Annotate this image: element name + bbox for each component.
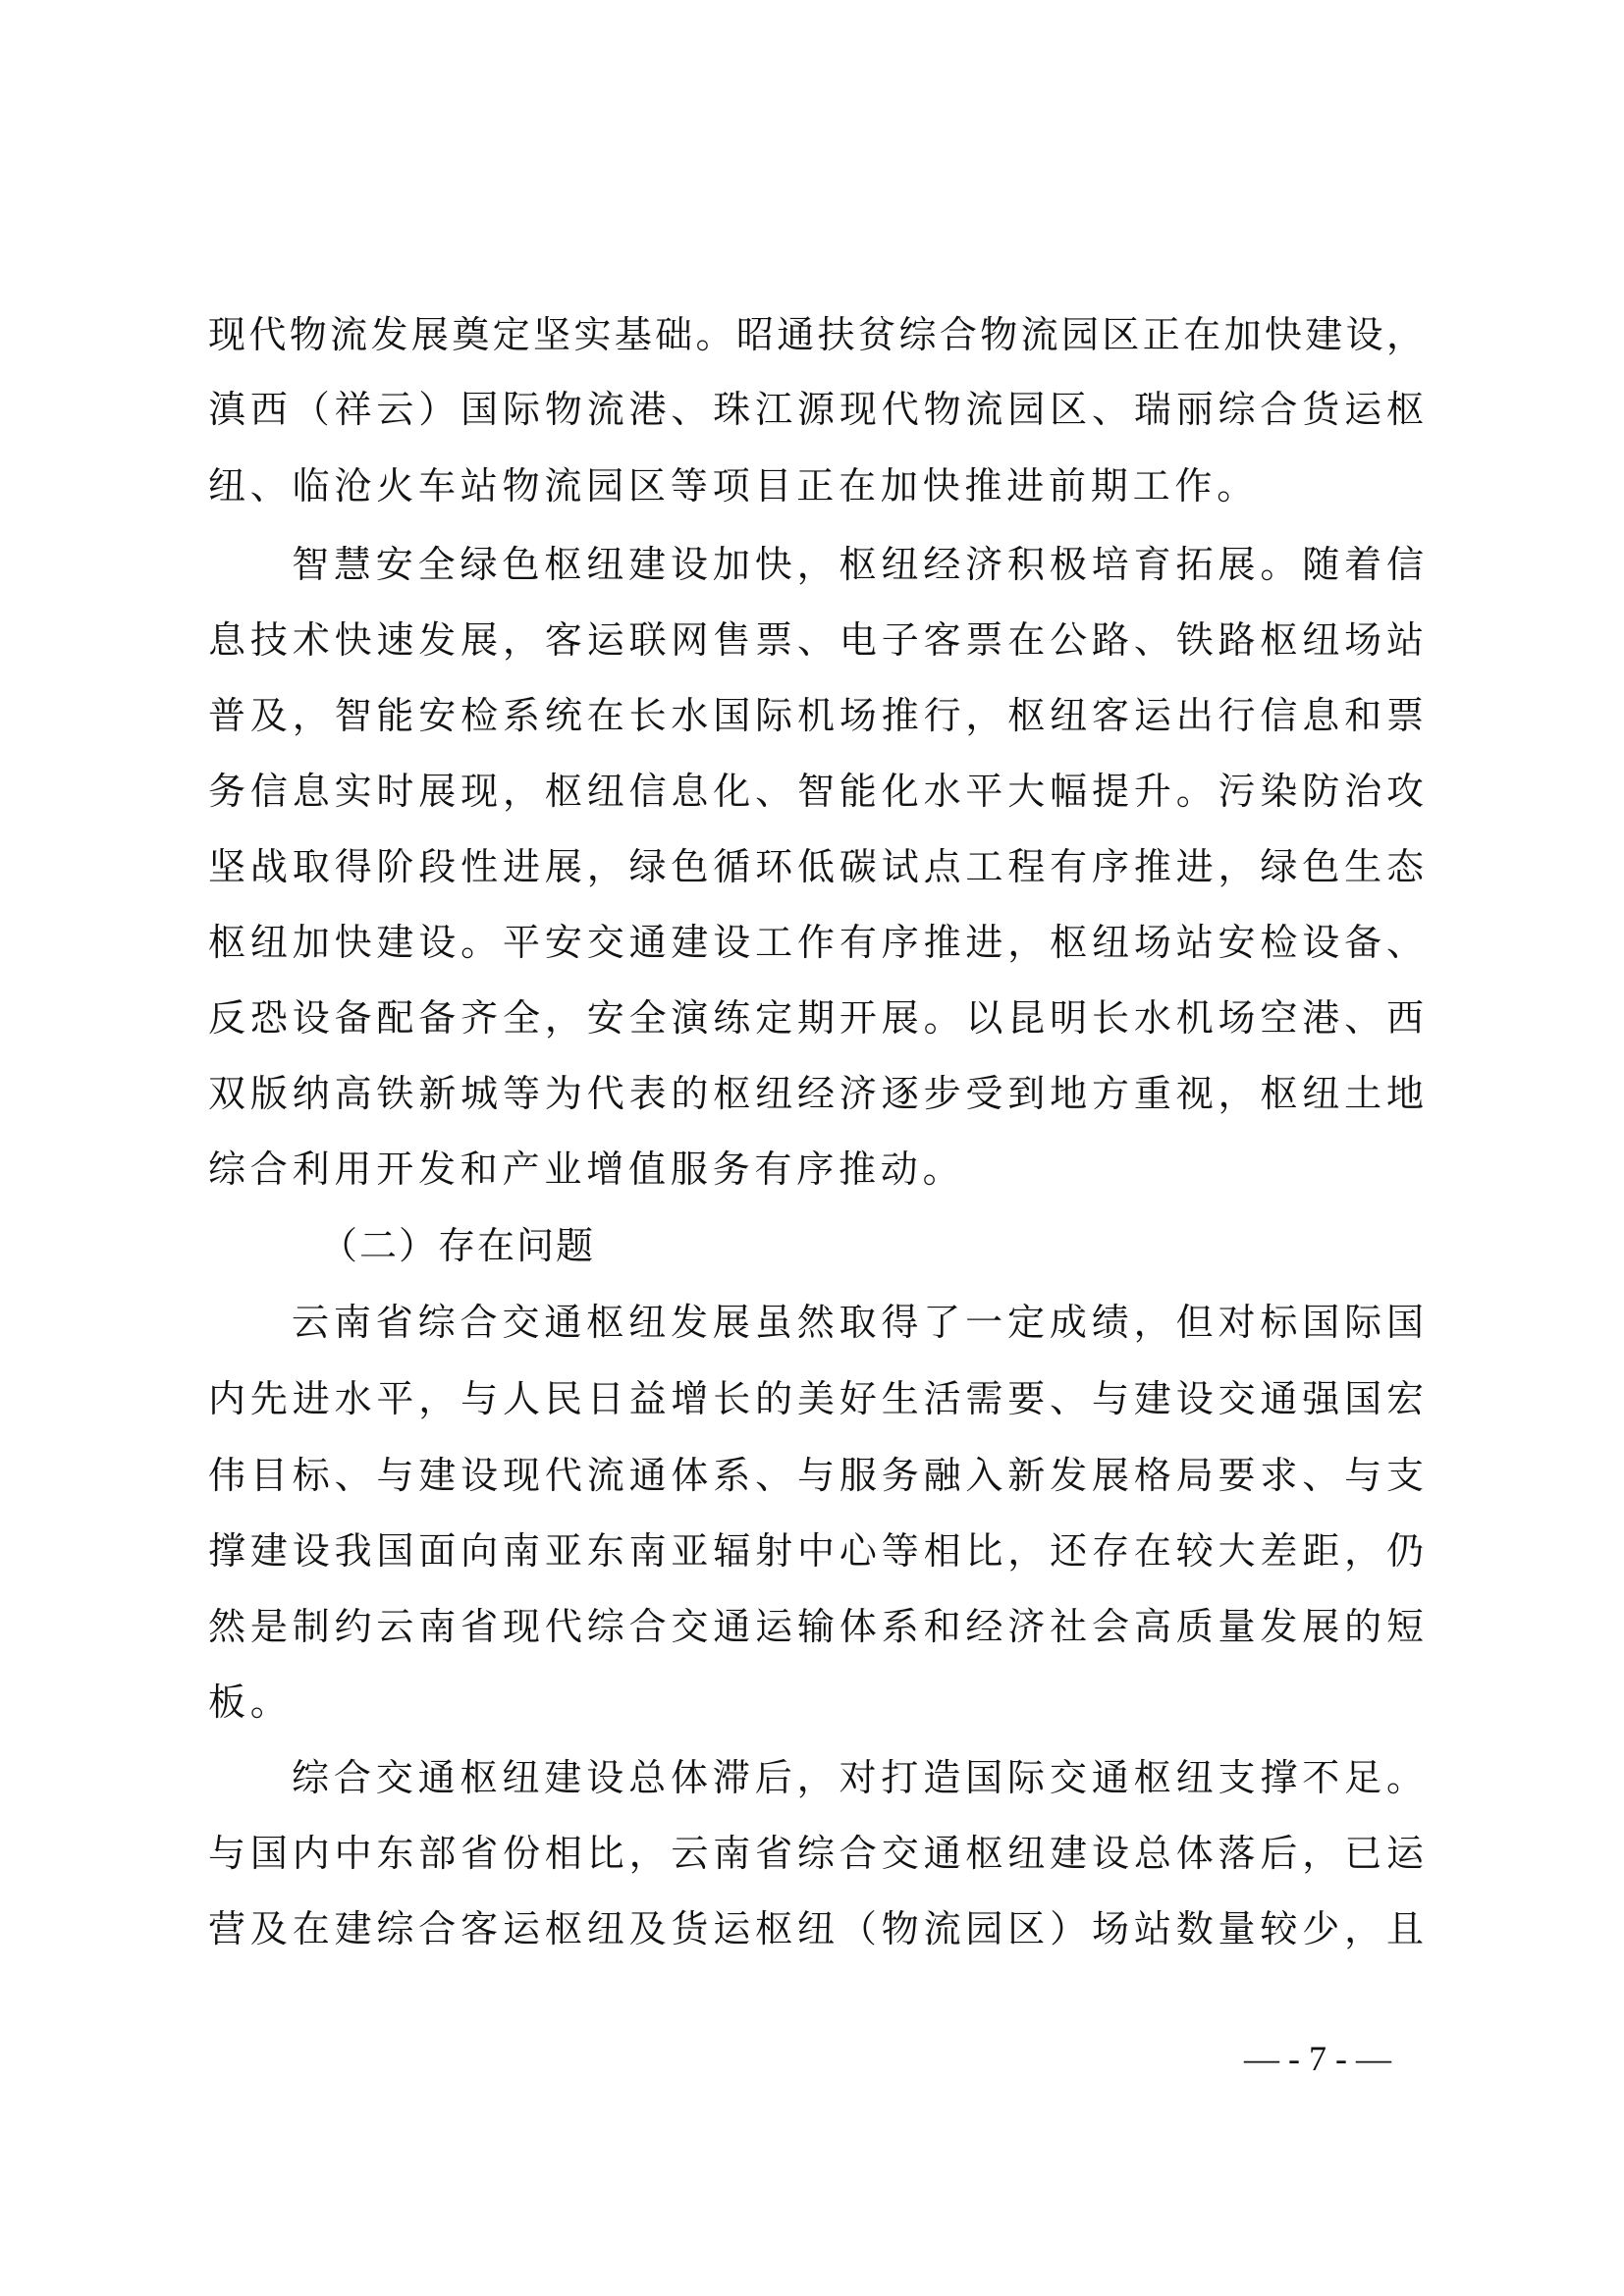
paragraph-line: 云南省综合交通枢纽发展虽然取得了一定成绩，但对标国际国 <box>292 1298 1424 1347</box>
paragraph-line: 智慧安全绿色枢纽建设加快，枢纽经济积极培育拓展。随着信 <box>292 540 1424 589</box>
paragraph-line: 纽、临沧火车站物流园区等项目正在加快推进前期工作。 <box>208 461 1424 510</box>
paragraph-line: 反恐设备配备齐全，安全演练定期开展。以昆明长水机场空港、西 <box>208 993 1424 1042</box>
paragraph-line: 滇西（祥云）国际物流港、珠江源现代物流园区、瑞丽综合货运枢 <box>208 385 1424 434</box>
paragraph-line: 内先进水平，与人民日益增长的美好生活需要、与建设交通强国宏 <box>208 1374 1424 1423</box>
paragraph-line: 务信息实时展现，枢纽信息化、智能化水平大幅提升。污染防治攻 <box>208 767 1424 816</box>
paragraph-line: 双版纳高铁新城等为代表的枢纽经济逐步受到地方重视，枢纽土地 <box>208 1069 1424 1118</box>
paragraph-line: 现代物流发展奠定坚实基础。昭通扶贫综合物流园区正在加快建设， <box>208 310 1424 359</box>
paragraph-line: 综合利用开发和产业增值服务有序推动。 <box>208 1145 1424 1194</box>
paragraph-line: 营及在建综合客运枢纽及货运枢纽（物流园区）场站数量较少，且 <box>208 1904 1424 1953</box>
paragraph-line: 与国内中东部省份相比，云南省综合交通枢纽建设总体落后，已运 <box>208 1829 1424 1878</box>
page-number: — - 7 - — <box>1210 2034 1426 2083</box>
paragraph-line: 普及，智能安检系统在长水国际机场推行，枢纽客运出行信息和票 <box>208 691 1424 740</box>
paragraph-line: 坚战取得阶段性进展，绿色循环低碳试点工程有序推进，绿色生态 <box>208 842 1424 891</box>
paragraph-line: 枢纽加快建设。平安交通建设工作有序推进，枢纽场站安检设备、 <box>208 918 1424 967</box>
paragraph-line: 撑建设我国面向南亚东南亚辐射中心等相比，还存在较大差距，仍 <box>208 1526 1424 1575</box>
section-heading: （二）存在问题 <box>320 1221 595 1270</box>
paragraph-line: 伟目标、与建设现代流通体系、与服务融入新发展格局要求、与支 <box>208 1451 1424 1500</box>
paragraph-line: 息技术快速发展，客运联网售票、电子客票在公路、铁路枢纽场站 <box>208 615 1424 665</box>
paragraph-line: 综合交通枢纽建设总体滞后，对打造国际交通枢纽支撑不足。 <box>292 1753 1424 1802</box>
document-page: 现代物流发展奠定坚实基础。昭通扶贫综合物流园区正在加快建设， 滇西（祥云）国际物… <box>0 0 1624 2296</box>
paragraph-line: 然是制约云南省现代综合交通运输体系和经济社会高质量发展的短 <box>208 1602 1424 1651</box>
paragraph-line: 板。 <box>208 1678 1424 1727</box>
